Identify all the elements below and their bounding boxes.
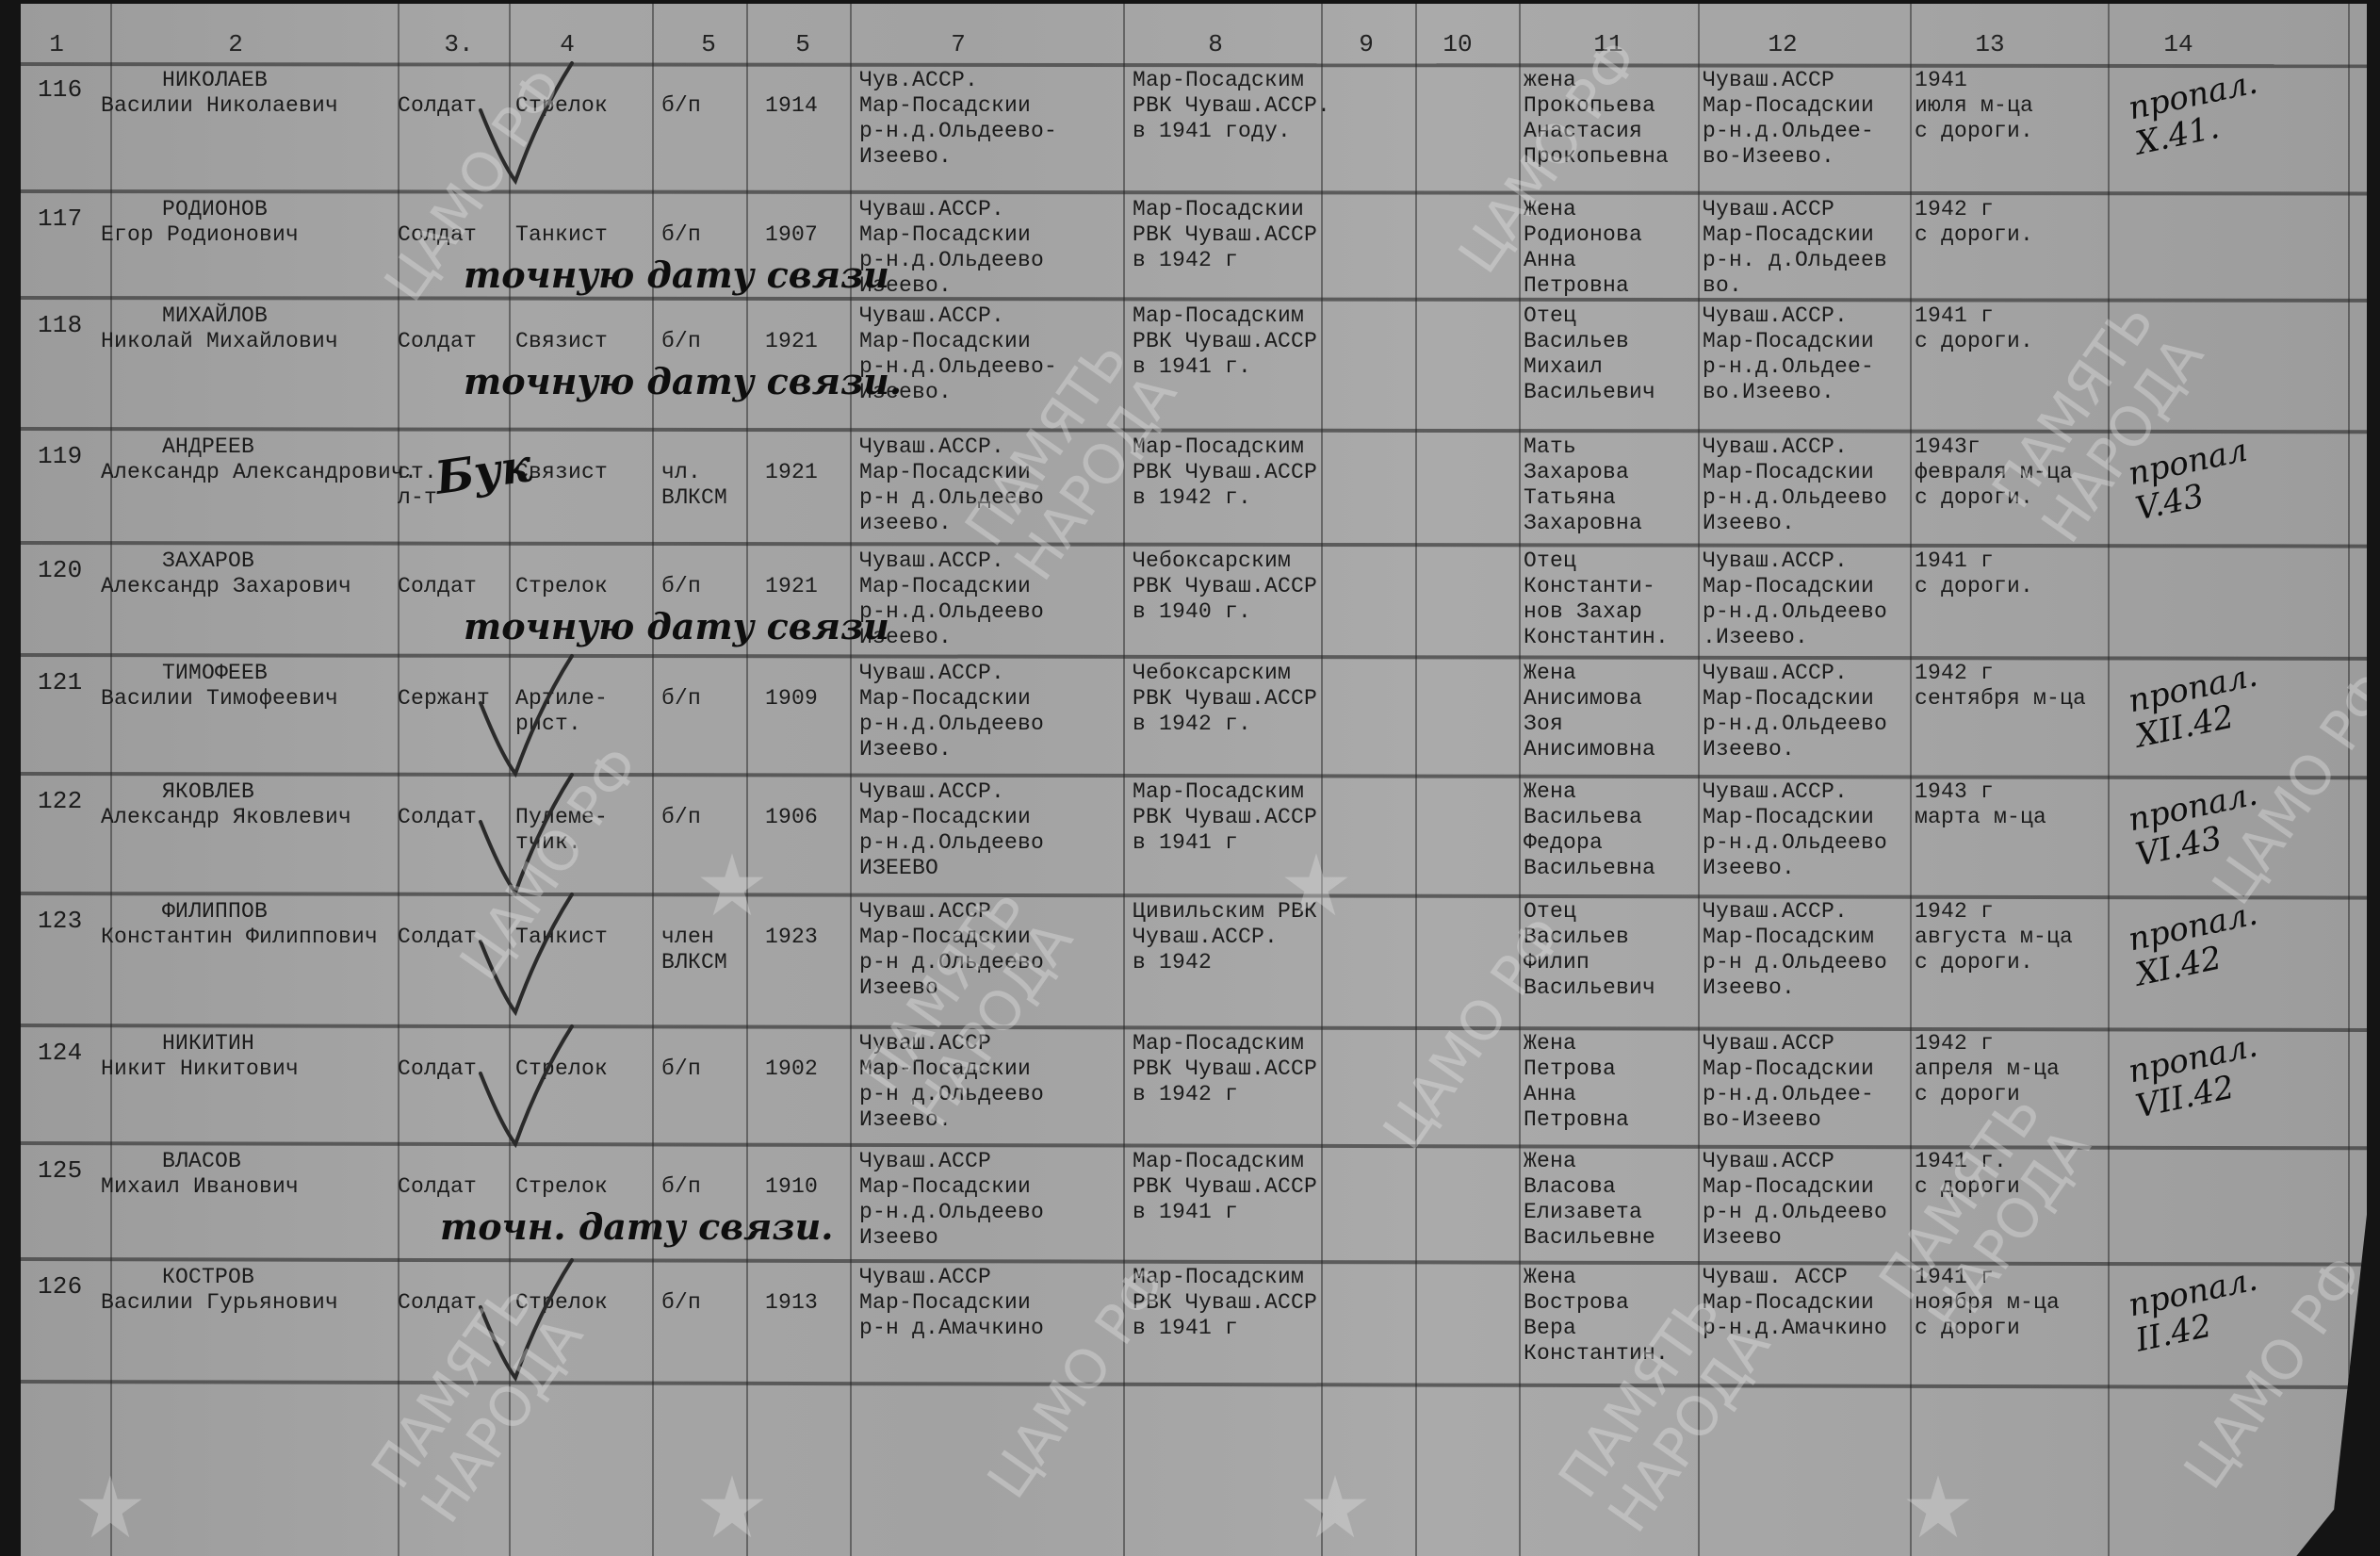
column-number-header: 2 <box>217 30 254 58</box>
next-of-kin-address: Чуваш.АССР. Мар-Посадскии р-н.д.Ольдеево… <box>1703 661 1887 762</box>
handwritten-annotation: точную дату связи. <box>464 360 902 402</box>
birth-year: 1921 <box>765 460 818 485</box>
handwritten-annotation: Бук <box>432 439 535 505</box>
next-of-kin-address: Чуваш.АССР Мар-Посадскии р-н.д.Ольдее- в… <box>1703 1031 1874 1133</box>
column-number-header: 11 <box>1589 30 1627 58</box>
column-divider <box>1415 4 1417 1556</box>
checkmark-icon <box>473 890 577 1022</box>
next-of-kin: Мать Захарова Татьяна Захаровна <box>1524 434 1642 536</box>
missing-date: 1941 г. с дороги <box>1915 1149 2020 1200</box>
handwritten-missing-note: пропал. II.42 <box>2126 1261 2269 1358</box>
next-of-kin-address: Чуваш.АССР. Мар-Посадскии р-н.д.Ольдее- … <box>1703 303 1874 405</box>
surname: ЗАХАРОВ <box>162 549 254 574</box>
column-number-header: 7 <box>939 30 977 58</box>
row-number: 125 <box>38 1158 82 1184</box>
birthplace: Чуваш.АССР Мар-Посадскии р-н д.Ольдеево … <box>859 899 1044 1001</box>
checkmark-icon <box>473 58 577 190</box>
given-names: Александр Захарович <box>101 574 351 599</box>
next-of-kin-address: Чуваш.АССР. Мар-Посадским р-н д.Ольдеево… <box>1703 899 1887 1001</box>
column-number-header: 5 <box>784 30 822 58</box>
column-number-header: 3. <box>440 30 478 58</box>
row-divider <box>21 653 2367 661</box>
party-membership: б/п <box>661 686 701 712</box>
column-divider <box>850 4 852 1556</box>
column-divider <box>1698 4 1700 1556</box>
row-number: 119 <box>38 444 82 469</box>
missing-date: 1943г февраля м-ца с дороги. <box>1915 434 2073 511</box>
rank: Солдат <box>398 329 477 354</box>
birth-year: 1921 <box>765 329 818 354</box>
star-icon <box>1283 852 1349 918</box>
given-names: Василии Николаевич <box>101 93 338 119</box>
draft-office: Мар-Посадским РВК Чуваш.АССР в 1941 г. <box>1133 303 1317 380</box>
row-number: 124 <box>38 1040 82 1066</box>
handwritten-missing-note: пропал. X.41. <box>2126 64 2269 161</box>
rank: Солдат <box>398 222 477 248</box>
rank: Солдат <box>398 805 477 830</box>
missing-date: 1941 г с дороги. <box>1915 303 2033 354</box>
given-names: Александр Александрович. <box>101 460 417 485</box>
handwritten-annotation: точную дату связи <box>464 605 889 647</box>
rank: Солдат <box>398 93 477 119</box>
given-names: Михаил Иванович <box>101 1174 299 1200</box>
rank: Солдат <box>398 1056 477 1082</box>
column-divider <box>1519 4 1521 1556</box>
next-of-kin: Жена Родионова Анна Петровна <box>1524 197 1642 299</box>
row-number: 123 <box>38 909 82 934</box>
column-divider <box>652 4 654 1556</box>
party-membership: б/п <box>661 805 701 830</box>
handwritten-missing-note: пропал. VI.43 <box>2126 776 2269 873</box>
party-membership: чл. ВЛКСМ <box>661 460 727 511</box>
column-divider <box>746 4 748 1556</box>
draft-office: Мар-Посадским РВК Чуваш.АССР. в 1941 год… <box>1133 68 1330 144</box>
birth-year: 1910 <box>765 1174 818 1200</box>
column-number-header: 8 <box>1197 30 1234 58</box>
birthplace: Чуваш.АССР. Мар-Посадскии р-н д.Ольдеево… <box>859 434 1044 536</box>
birth-year: 1909 <box>765 686 818 712</box>
next-of-kin-address: Чуваш.АССР. Мар-Посадскии р-н.д.Ольдеево… <box>1703 549 1887 650</box>
handwritten-missing-note: пропал V.43 <box>2125 433 2258 528</box>
column-divider <box>1321 4 1323 1556</box>
handwritten-annotation: точн. дату связи. <box>440 1205 834 1248</box>
column-number-header: 13 <box>1971 30 2009 58</box>
party-membership: б/п <box>661 329 701 354</box>
draft-office: Мар-Посадским РВК Чуваш.АССР в 1941 г <box>1133 779 1317 856</box>
missing-date: 1942 г сентября м-ца <box>1915 661 2086 712</box>
surname: НИКОЛАЕВ <box>162 68 268 93</box>
surname: ТИМОФЕЕВ <box>162 661 268 686</box>
column-number-header: 9 <box>1347 30 1385 58</box>
birth-year: 1913 <box>765 1290 818 1316</box>
star-icon <box>77 1474 143 1540</box>
missing-date: 1941 июля м-ца с дороги. <box>1915 68 2033 144</box>
column-number-header: 12 <box>1764 30 1801 58</box>
birth-year: 1902 <box>765 1056 818 1082</box>
next-of-kin-address: Чуваш.АССР Мар-Посадскии р-н. д.Ольдеев … <box>1703 197 1887 299</box>
column-number-header: 1 <box>38 30 75 58</box>
star-icon <box>1905 1474 1971 1540</box>
row-divider <box>21 427 2367 434</box>
missing-date: 1941 г с дороги. <box>1915 549 2033 599</box>
party-membership: член ВЛКСМ <box>661 925 727 975</box>
draft-office: Чебоксарским РВК Чуваш.АССР в 1940 г. <box>1133 549 1317 625</box>
birth-year: 1923 <box>765 925 818 950</box>
surname: МИХАЙЛОВ <box>162 303 268 329</box>
birthplace: Чуваш.АССР Мар-Посадскии р-н д.Ольдеево … <box>859 1031 1044 1133</box>
column-divider <box>2108 4 2110 1556</box>
checkmark-icon <box>473 770 577 902</box>
row-number: 120 <box>38 558 82 583</box>
column-number-header: 5 <box>690 30 727 58</box>
star-icon <box>1302 1474 1368 1540</box>
birth-year: 1906 <box>765 805 818 830</box>
row-number: 116 <box>38 77 82 103</box>
next-of-kin: Отец Васильев Филип Васильевич <box>1524 899 1655 1001</box>
draft-office: Мар-Посадским РВК Чуваш.АССР в 1942 г <box>1133 1031 1317 1107</box>
checkmark-icon <box>473 1022 577 1154</box>
star-icon <box>699 1474 765 1540</box>
next-of-kin-address: Чуваш.АССР Мар-Посадскии р-н д.Ольдеево … <box>1703 1149 1887 1251</box>
birthplace: Чуваш.АССР. Мар-Посадскии р-н.д.Ольдеево… <box>859 779 1044 881</box>
rank: Солдат <box>398 1290 477 1316</box>
given-names: Василии Гурьянович <box>101 1290 338 1316</box>
next-of-kin: Жена Вострова Вера Константин. <box>1524 1265 1669 1367</box>
birth-year: 1907 <box>765 222 818 248</box>
next-of-kin: Жена Власова Елизавета Васильевне <box>1524 1149 1655 1251</box>
missing-date: 1943 г марта м-ца <box>1915 779 2046 830</box>
checkmark-icon <box>473 651 577 783</box>
party-membership: б/п <box>661 1174 701 1200</box>
surname: НИКИТИН <box>162 1031 254 1056</box>
given-names: Василии Тимофеевич <box>101 686 338 712</box>
birth-year: 1921 <box>765 574 818 599</box>
next-of-kin: Отец Константи- нов Захар Константин. <box>1524 549 1669 650</box>
handwritten-missing-note: пропал. XI.42 <box>2126 895 2269 992</box>
handwritten-annotation: точную дату связи <box>464 254 889 296</box>
rank: ст. л-т <box>398 460 437 511</box>
party-membership: б/п <box>661 222 701 248</box>
row-number: 126 <box>38 1274 82 1300</box>
next-of-kin-address: Чуваш.АССР. Мар-Посадскии р-н.д.Ольдеево… <box>1703 434 1887 536</box>
specialty: Стрелок <box>515 574 608 599</box>
row-divider <box>21 189 2367 196</box>
star-icon <box>699 852 765 918</box>
rank: Солдат <box>398 1174 477 1200</box>
given-names: Никит Никитович <box>101 1056 299 1082</box>
row-divider <box>21 541 2367 549</box>
row-number: 122 <box>38 789 82 814</box>
column-number-header: 4 <box>548 30 586 58</box>
row-divider <box>21 296 2367 303</box>
birth-year: 1914 <box>765 93 818 119</box>
column-number-header: 10 <box>1439 30 1476 58</box>
archival-sheet: 123.4557891011121314 116НИКОЛАЕВВасилии … <box>21 4 2367 1556</box>
next-of-kin: жена Прокопьева Анастасия Прокопьевна <box>1524 68 1669 170</box>
rank: Солдат <box>398 574 477 599</box>
surname: ЯКОВЛЕВ <box>162 779 254 805</box>
next-of-kin: Жена Васильева Федора Васильевна <box>1524 779 1655 881</box>
missing-date: 1942 г августа м-ца с дороги. <box>1915 899 2073 975</box>
surname: КОСТРОВ <box>162 1265 254 1290</box>
handwritten-missing-note: пропал. VII.42 <box>2126 1027 2269 1124</box>
handwritten-missing-note: пропал. XII.42 <box>2126 657 2269 754</box>
given-names: Николай Михайлович <box>101 329 338 354</box>
draft-office: Мар-Посадскии РВК Чуваш.АССР в 1942 г <box>1133 197 1317 273</box>
draft-office: Чебоксарским РВК Чуваш.АССР в 1942 г. <box>1133 661 1317 737</box>
birthplace: Чуваш.АССР Мар-Посадскии р-н д.Амачкино <box>859 1265 1044 1341</box>
missing-date: 1941 г ноября м-ца с дороги <box>1915 1265 2060 1341</box>
next-of-kin: Отец Васильев Михаил Васильевич <box>1524 303 1655 405</box>
rank: Солдат <box>398 925 477 950</box>
surname: ВЛАСОВ <box>162 1149 241 1174</box>
column-number-header: 14 <box>2160 30 2197 58</box>
party-membership: б/п <box>661 574 701 599</box>
birthplace: Чуваш.АССР. Мар-Посадскии р-н.д.Ольдеево… <box>859 661 1044 762</box>
specialty: Стрелок <box>515 1174 608 1200</box>
given-names: Константин Филиппович <box>101 925 378 950</box>
party-membership: б/п <box>661 1290 701 1316</box>
column-divider <box>1123 4 1125 1556</box>
surname: РОДИОНОВ <box>162 197 268 222</box>
row-divider <box>21 1380 2367 1389</box>
party-membership: б/п <box>661 93 701 119</box>
draft-office: Мар-Посадским РВК Чуваш.АССР в 1941 г <box>1133 1149 1317 1225</box>
missing-date: 1942 г апреля м-ца с дороги <box>1915 1031 2060 1107</box>
surname: АНДРЕЕВ <box>162 434 254 460</box>
given-names: Егор Родионович <box>101 222 299 248</box>
row-number: 118 <box>38 313 82 338</box>
column-divider <box>1910 4 1912 1556</box>
row-number: 117 <box>38 206 82 232</box>
checkmark-icon <box>473 1255 577 1387</box>
draft-office: Мар-Посадским РВК Чуваш.АССР в 1942 г. <box>1133 434 1317 511</box>
birthplace: Чув.АССР. Мар-Посадскии р-н.д.Ольдеево- … <box>859 68 1057 170</box>
next-of-kin: Жена Петрова Анна Петровна <box>1524 1031 1629 1133</box>
next-of-kin-address: Чуваш. АССР Мар-Посадскии р-н.д.Амачкино <box>1703 1265 1887 1341</box>
surname: ФИЛИППОВ <box>162 899 268 925</box>
next-of-kin: Жена Анисимова Зоя Анисимовна <box>1524 661 1655 762</box>
missing-date: 1942 г с дороги. <box>1915 197 2033 248</box>
next-of-kin-address: Чуваш.АССР. Мар-Посадскии р-н.д.Ольдеево… <box>1703 779 1887 881</box>
birthplace: Чуваш.АССР Мар-Посадскии р-н.д.Ольдеево … <box>859 1149 1044 1251</box>
party-membership: б/п <box>661 1056 701 1082</box>
column-divider <box>2348 4 2350 1556</box>
specialty: Связист <box>515 329 608 354</box>
row-number: 121 <box>38 670 82 696</box>
specialty: Танкист <box>515 222 608 248</box>
given-names: Александр Яковлевич <box>101 805 351 830</box>
next-of-kin-address: Чуваш.АССР Мар-Посадскии р-н.д.Ольдее- в… <box>1703 68 1874 170</box>
draft-office: Мар-Посадским РВК Чуваш.АССР в 1941 г <box>1133 1265 1317 1341</box>
